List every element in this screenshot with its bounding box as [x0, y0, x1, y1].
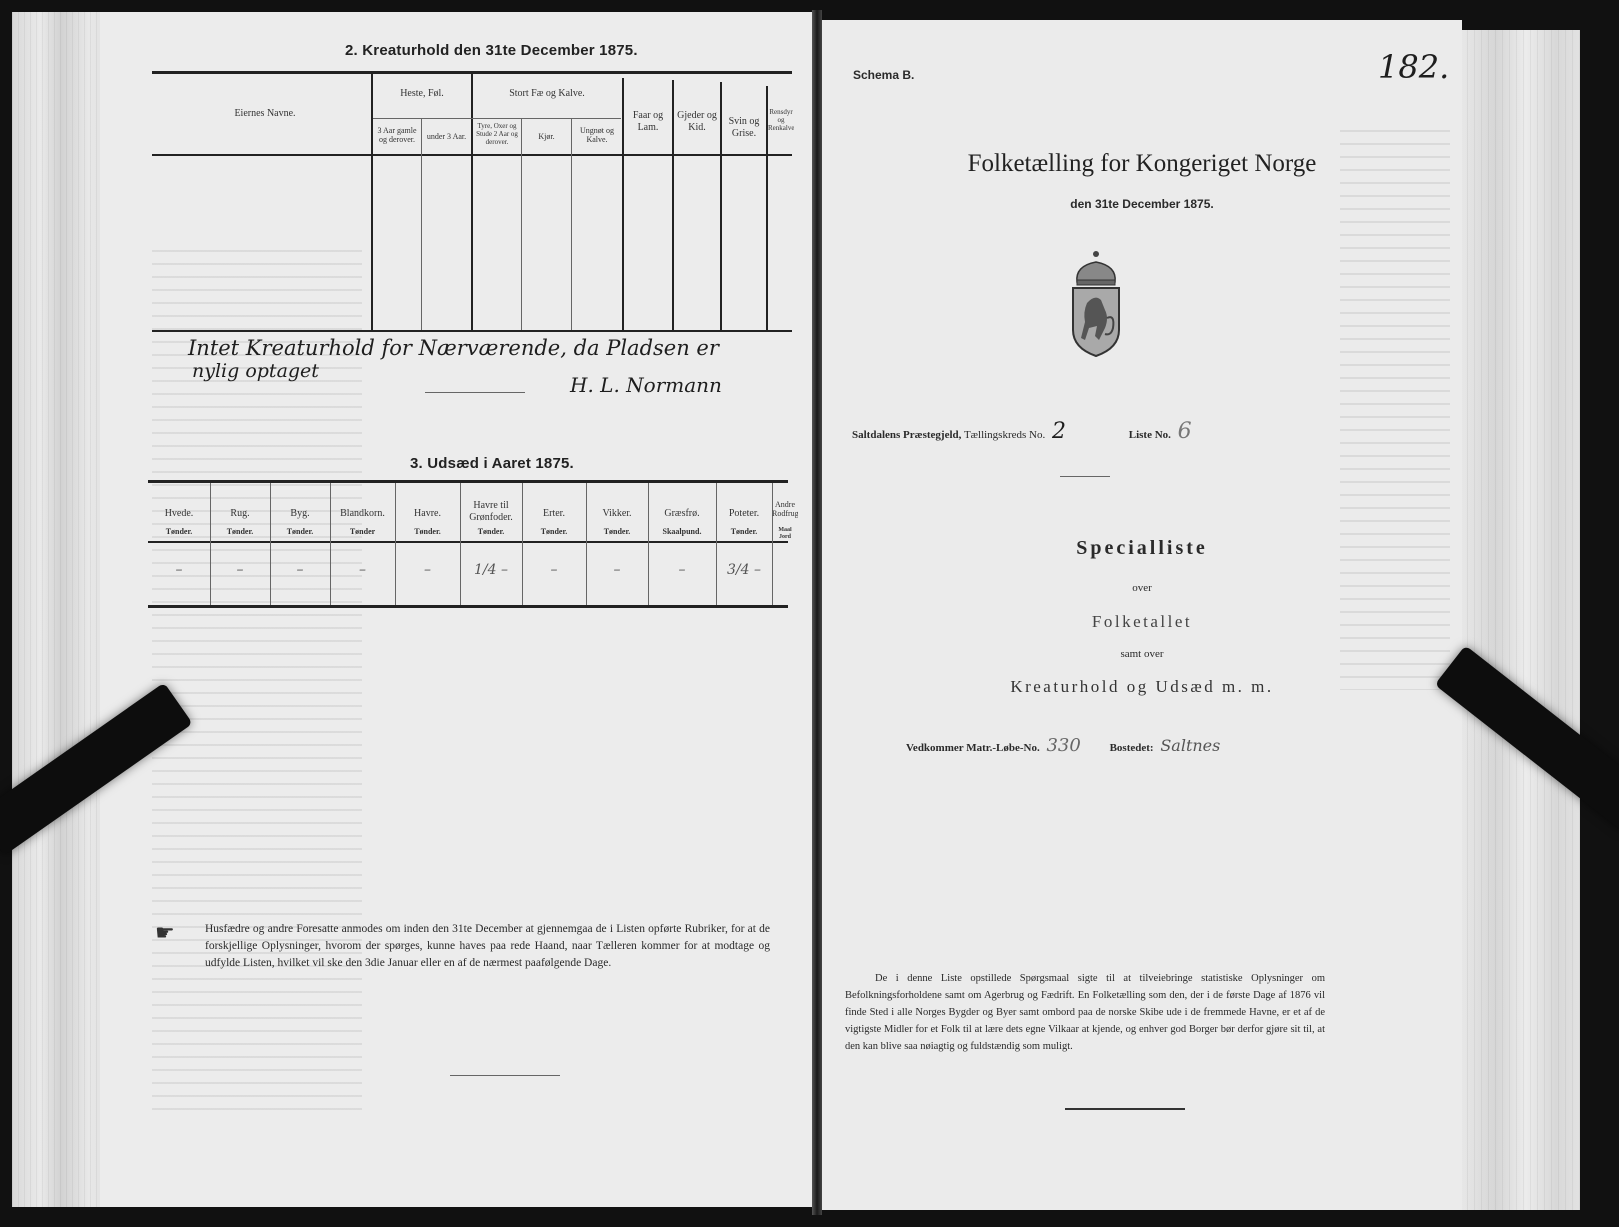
header-pigs: Svin og Grise. — [722, 116, 766, 139]
col-divider — [716, 483, 717, 605]
col-divider — [270, 483, 271, 605]
col-divider — [210, 483, 211, 605]
header-goats: Gjeder og Kid. — [674, 110, 720, 133]
signature: H. L. Normann — [570, 373, 722, 397]
handwritten-note-line1: Intet Kreaturhold for Nærværende, da Pla… — [188, 336, 719, 360]
pointing-hand-icon: ☛ — [155, 920, 175, 946]
folketallet-text: Folketallet — [822, 612, 1462, 632]
sowing-value: – — [395, 562, 460, 578]
col-divider — [371, 74, 373, 330]
sowing-unit: Tønder. — [586, 527, 648, 539]
main-title: Folketælling for Kongeriget Norge — [822, 150, 1462, 178]
sowing-unit: Tønder. — [270, 527, 330, 539]
schema-label: Schema B. — [853, 68, 914, 82]
census-date: den 31te December 1875. — [822, 197, 1462, 211]
sowing-header: Poteter. — [716, 508, 772, 520]
matr-line: Vedkommer Matr.-Løbe-No. 330 Bostedet: S… — [906, 735, 1220, 756]
sowing-header: Erter. — [522, 508, 586, 520]
bosted-label: Bostedet: — [1110, 742, 1154, 754]
col-divider — [471, 74, 473, 330]
header-reindeer: Rensdyr og Renkalve — [768, 108, 794, 148]
page-number: 182. — [1378, 48, 1449, 86]
sowing-value: – — [522, 562, 586, 578]
sowing-unit: Skaalpund. — [648, 527, 716, 539]
sowing-value: – — [148, 562, 210, 578]
section3-title: 3. Udsæd i Aaret 1875. — [410, 455, 574, 472]
col-divider — [522, 483, 523, 605]
sowing-header: Græsfrø. — [648, 508, 716, 520]
table-bottom-rule — [152, 330, 792, 332]
header-owners: Eiernes Navne. — [180, 108, 350, 120]
sowing-unit: Tønder — [330, 527, 395, 539]
norwegian-coat-of-arms-icon — [1065, 248, 1127, 358]
col-divider — [586, 483, 587, 605]
header-cattle-young: Ungnøt og Kalve. — [572, 126, 622, 144]
sowing-table-top-rule — [148, 480, 788, 483]
col-divider — [521, 118, 522, 330]
sowing-unit: Tønder. — [395, 527, 460, 539]
header-horses-3yr: 3 Aar gamle og derover. — [373, 126, 421, 144]
list-value: 6 — [1178, 419, 1192, 444]
bleed-through-text — [1340, 130, 1450, 690]
list-label: Liste No. — [1129, 429, 1171, 441]
sowing-header: Andre Rodfrugter. — [772, 500, 798, 518]
subheader-rule — [373, 118, 621, 119]
sowing-value: 3/4 – — [716, 562, 772, 578]
matr-label: Vedkommer Matr.-Løbe-No. — [906, 742, 1040, 754]
district-value: 2 — [1052, 419, 1066, 444]
sowing-header: Havre. — [395, 508, 460, 520]
sowing-value: – — [270, 562, 330, 578]
col-divider — [571, 118, 572, 330]
specialliste-title: Specialliste — [822, 537, 1462, 560]
footer-text: De i denne Liste opstillede Spørgsmaal s… — [845, 970, 1325, 1055]
header-sheep: Faar og Lam. — [624, 110, 672, 133]
section2-title: 2. Kreaturhold den 31te December 1875. — [345, 42, 638, 59]
header-cattle-bulls: Tyre, Oxer og Stude 2 Aar og derover. — [473, 122, 521, 146]
book-gutter — [812, 10, 822, 1215]
col-divider — [395, 483, 396, 605]
sowing-table-header-rule — [148, 541, 788, 543]
notice-text: Husfædre og andre Foresatte anmodes om i… — [205, 921, 770, 972]
sowing-unit: Maal Jord dertil anvendt. — [772, 527, 798, 539]
samt-over-text: samt over — [822, 648, 1462, 660]
sowing-value: 1/4 – — [460, 562, 522, 578]
kreaturhold-text: Kreaturhold og Udsæd m. m. — [822, 677, 1462, 697]
closing-rule — [450, 1075, 560, 1076]
bosted-value: Saltnes — [1160, 736, 1220, 755]
sowing-header: Blandkorn. — [330, 508, 395, 520]
col-divider — [330, 483, 331, 605]
right-page-stack — [1460, 30, 1580, 1210]
sowing-unit: Tønder. — [148, 527, 210, 539]
over-text: over — [822, 582, 1462, 594]
header-cattle-cows: Kjør. — [522, 132, 571, 141]
district-label: Tællingskreds No. — [964, 429, 1045, 441]
sowing-value: – — [330, 562, 395, 578]
col-divider — [421, 118, 422, 330]
col-divider — [648, 483, 649, 605]
sowing-value: – — [210, 562, 270, 578]
sowing-header: Vikker. — [586, 508, 648, 520]
header-horses-under3: under 3 Aar. — [422, 132, 471, 141]
sowing-unit: Tønder. — [460, 527, 522, 539]
sowing-unit: Tønder. — [716, 527, 772, 539]
divider-rule — [1060, 476, 1110, 477]
parish-label: Saltdalens Præstegjeld, — [852, 429, 961, 441]
sowing-unit: Tønder. — [522, 527, 586, 539]
matr-value: 330 — [1046, 735, 1080, 756]
sowing-header: Byg. — [270, 508, 330, 520]
sowing-value: – — [648, 562, 716, 578]
header-horses: Heste, Føl. — [373, 88, 471, 100]
header-cattle: Stort Fæ og Kalve. — [473, 88, 621, 100]
sowing-value: – — [586, 562, 648, 578]
sowing-unit: Tønder. — [210, 527, 270, 539]
parish-line: Saltdalens Præstegjeld, Tællingskreds No… — [852, 419, 1192, 444]
sowing-header: Havre til Grønfoder. — [460, 500, 522, 523]
footer-rule — [1065, 1108, 1185, 1110]
sowing-header: Hvede. — [148, 508, 210, 520]
sowing-header: Rug. — [210, 508, 270, 520]
signature-line — [425, 392, 525, 393]
sowing-table-bottom-rule — [148, 605, 788, 608]
handwritten-note-line2: nylig optaget — [192, 360, 319, 382]
